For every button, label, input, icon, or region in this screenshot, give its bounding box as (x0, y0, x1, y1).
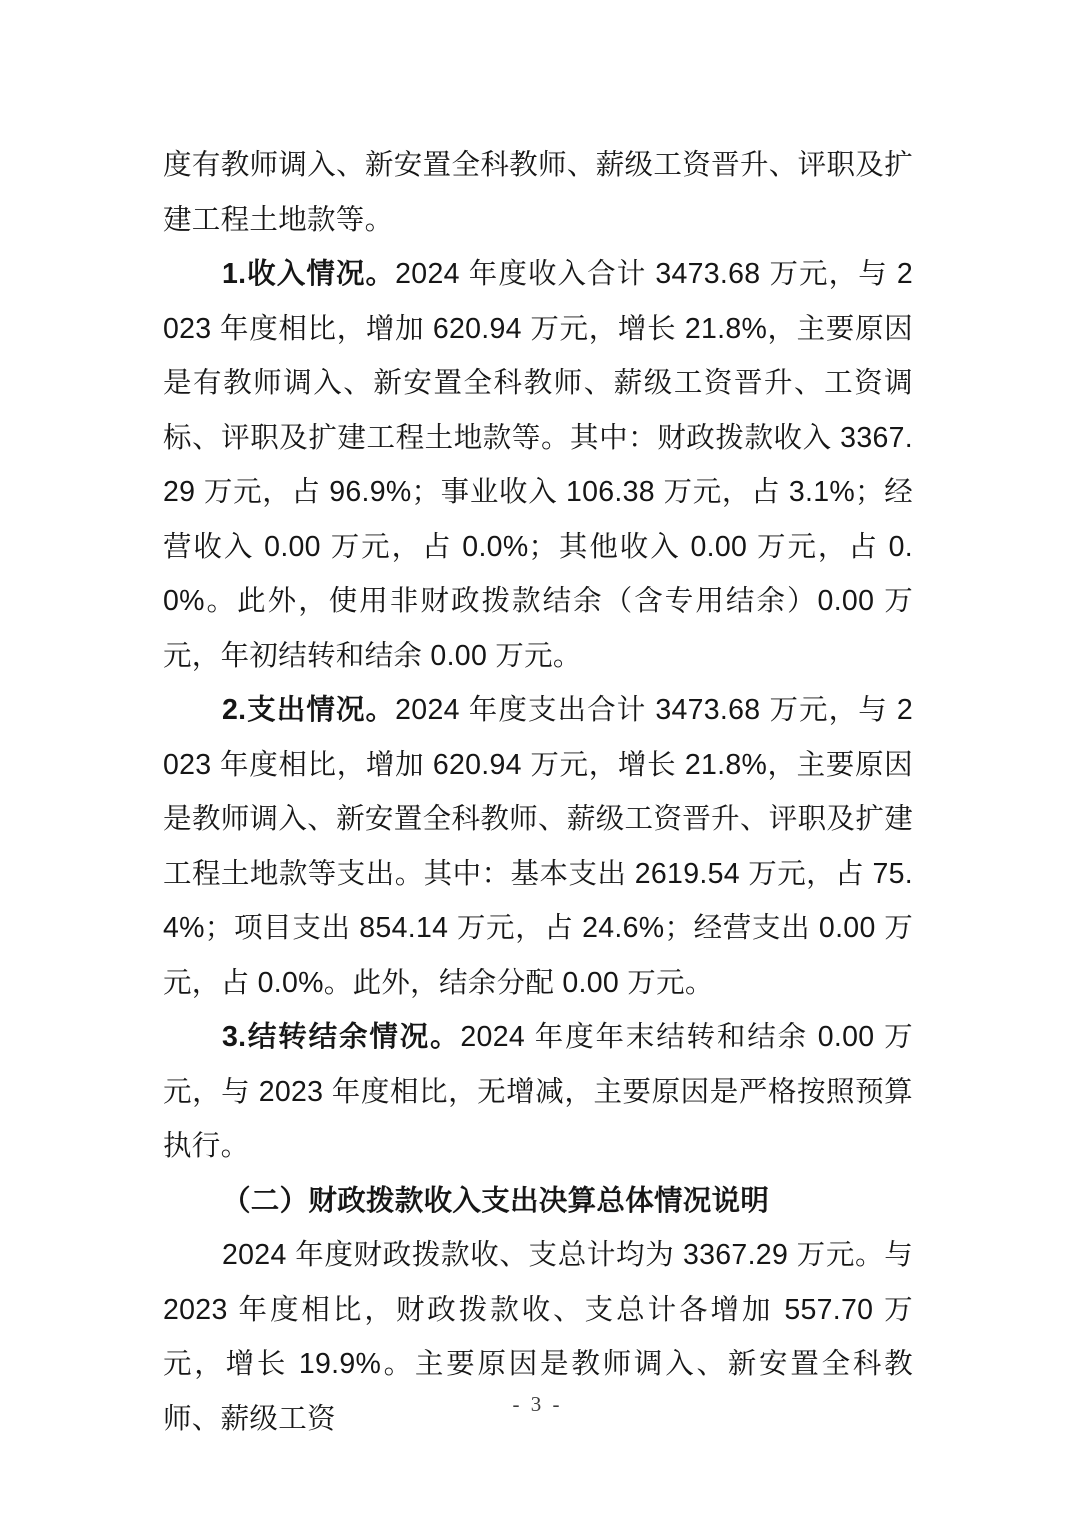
document-page: 度有教师调入、新安置全科教师、薪级工资晋升、评职及扩建工程土地款等。1.收入情况… (0, 0, 1075, 1520)
body-paragraph: 3.结转结余情况。2024 年度年末结转和结余 0.00 万元，与 2023 年… (163, 1010, 913, 1174)
section-heading: （二）财政拨款收入支出决算总体情况说明 (163, 1174, 913, 1229)
body-paragraph: 1.收入情况。2024 年度收入合计 3473.68 万元，与 2023 年度相… (163, 247, 913, 683)
page-number: - 3 - (0, 1392, 1075, 1417)
text-run: 2024 年度收入合计 3473.68 万元，与 2023 年度相比，增加 62… (163, 258, 913, 672)
bold-text-run: 3.结转结余情况。 (222, 1021, 460, 1053)
bold-text-run: 2.支出情况。 (222, 694, 395, 726)
text-run: 度有教师调入、新安置全科教师、薪级工资晋升、评职及扩建工程土地款等。 (163, 149, 913, 236)
body-paragraph: 度有教师调入、新安置全科教师、薪级工资晋升、评职及扩建工程土地款等。 (163, 138, 913, 247)
bold-text-run: （二）财政拨款收入支出决算总体情况说明 (222, 1185, 769, 1217)
body-paragraph: 2.支出情况。2024 年度支出合计 3473.68 万元，与 2023 年度相… (163, 683, 913, 1010)
bold-text-run: 1.收入情况。 (222, 258, 395, 290)
document-body: 度有教师调入、新安置全科教师、薪级工资晋升、评职及扩建工程土地款等。1.收入情况… (163, 138, 913, 1446)
text-run: 2024 年度支出合计 3473.68 万元，与 2023 年度相比，增加 62… (163, 694, 913, 999)
